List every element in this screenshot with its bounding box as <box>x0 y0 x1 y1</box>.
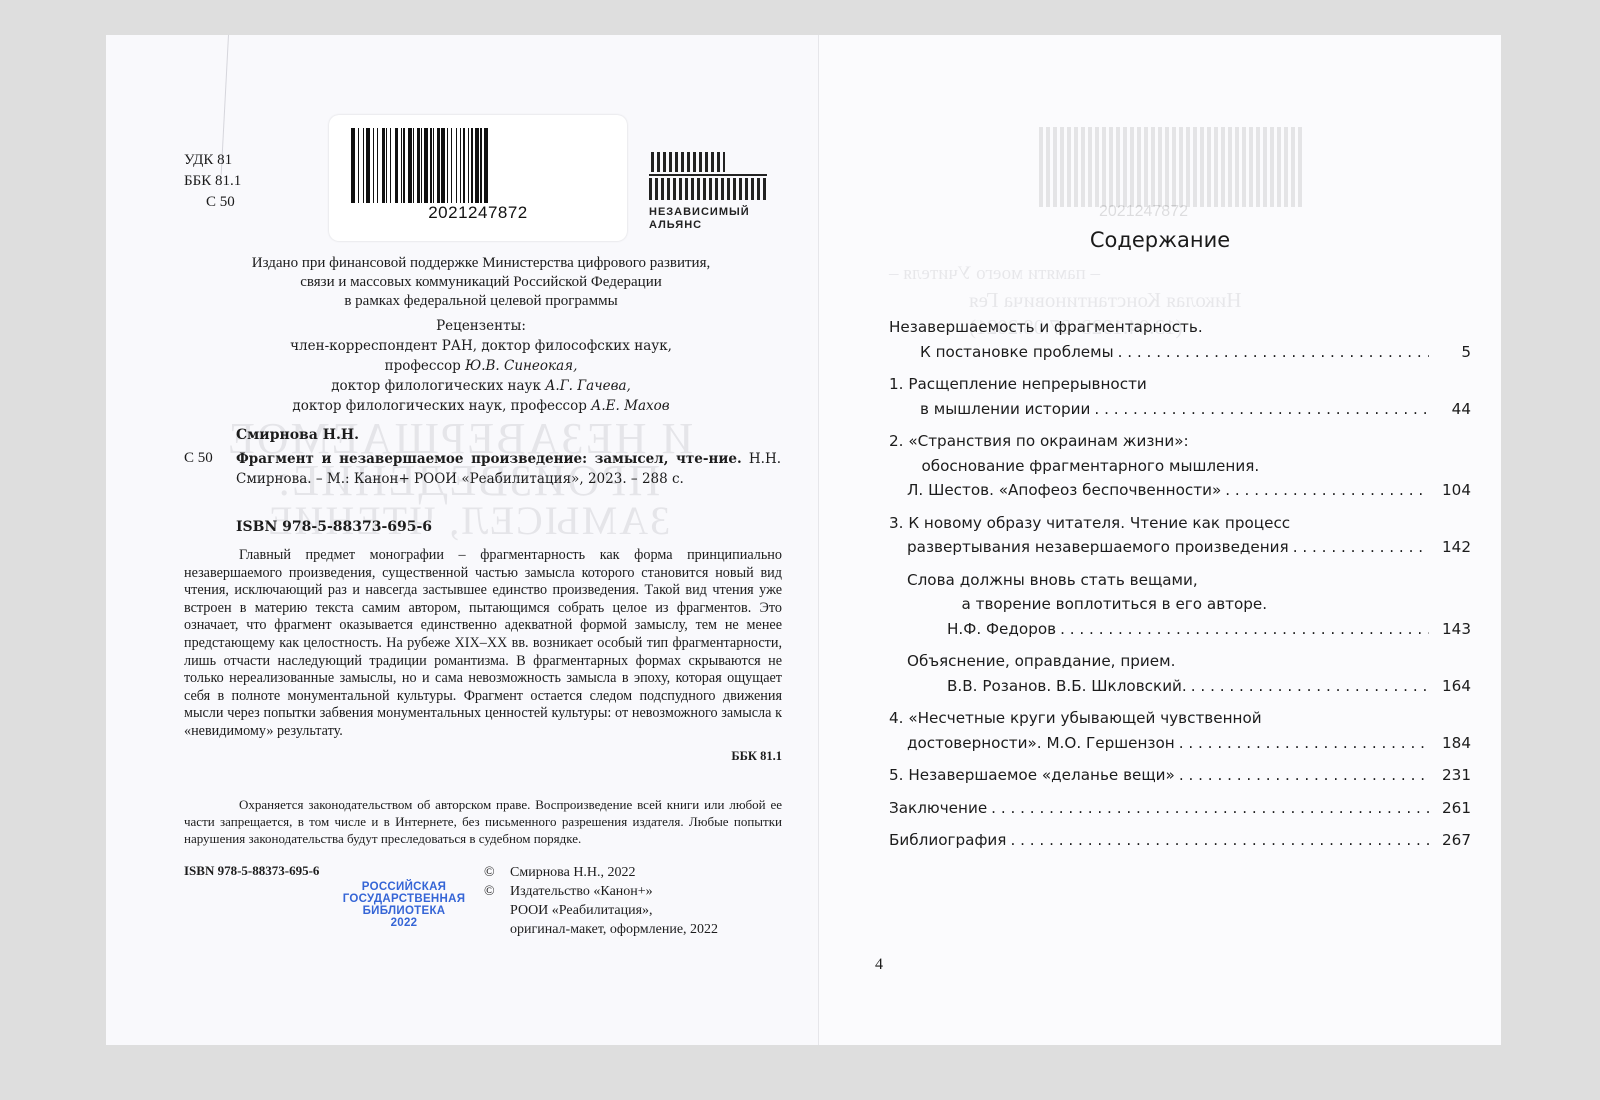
dot-leader <box>1010 828 1429 853</box>
copyright-row: РООИ «Реабилитация», <box>484 901 718 920</box>
toc-entry-line: 4. «Несчетные круги убывающей чувственно… <box>889 706 1471 731</box>
toc-entry-leader: 5. Незавершаемое «деланье вещи»231 <box>889 763 1471 788</box>
book-title: Фрагмент и незавершаемое произведение: з… <box>236 451 742 467</box>
stamp-line: 2022 <box>329 917 479 929</box>
dot-leader <box>1094 397 1429 422</box>
abstract: Главный предмет монографии – фрагментарн… <box>184 547 782 741</box>
contents-page: 2021247872 – памяти моего Учителя – Нико… <box>818 35 1501 1045</box>
toc-entry-title: 5. Незавершаемое «деланье вещи» <box>889 763 1175 788</box>
show-through-barcode <box>1039 127 1304 207</box>
toc-entry[interactable]: 5. Незавершаемое «деланье вещи»231 <box>889 763 1471 788</box>
books-icon <box>651 152 725 172</box>
table-of-contents: Незавершаемость и фрагментарность.К пост… <box>889 315 1471 861</box>
logo-name-line2: АЛЬЯНС <box>649 219 769 232</box>
dot-leader <box>1293 535 1429 560</box>
toc-entry-leader: Л. Шестов. «Апофеоз беспочвенности»104 <box>889 478 1471 503</box>
library-stamp: РОССИЙСКАЯ ГОСУДАРСТВЕННАЯ БИБЛИОТЕКА 20… <box>329 881 479 929</box>
reviewers-heading: Рецензенты: <box>216 316 746 336</box>
barcode-icon <box>351 128 597 203</box>
reviewer-line: доктор филологических наук А.Г. Гачева, <box>216 376 746 396</box>
toc-entry-title: Л. Шестов. «Апофеоз беспочвенности» <box>907 478 1221 503</box>
logo-rule <box>649 174 767 176</box>
toc-entry[interactable]: 3. К новому образу читателя. Чтение как … <box>889 511 1471 560</box>
stamp-line: РОССИЙСКАЯ <box>329 881 479 893</box>
show-through-text: – памяти моего Учителя – <box>889 263 1100 285</box>
dot-leader <box>1191 674 1429 699</box>
show-through-text: Николая Константиновича Гея <box>969 288 1241 313</box>
toc-entry-line: 3. К новому образу читателя. Чтение как … <box>889 511 1471 536</box>
toc-entry-line: Незавершаемость и фрагментарность. <box>889 315 1471 340</box>
barcode-number: 2021247872 <box>329 203 627 223</box>
isbn-footer: ISBN 978-5-88373-695-6 <box>184 863 319 879</box>
toc-page-number: 104 <box>1435 478 1471 503</box>
toc-page-number: 231 <box>1435 763 1471 788</box>
author-heading: Смирнова Н.Н. <box>236 427 359 443</box>
dot-leader <box>1179 763 1429 788</box>
book-spread: И НЕЗАВЕРШАЕМОЕ ПРОИЗВЕДЕНИЕ: ЗАМЫСЕЛ, Ч… <box>106 35 1500 1045</box>
support-line: в рамках федеральной целевой программы <box>166 292 796 311</box>
toc-entry-title: достоверности». М.О. Гершензон <box>907 731 1175 756</box>
bookshelf-icon <box>649 178 767 200</box>
copyright-row: ©Издательство «Канон+» <box>484 882 718 901</box>
rights-notice: Охраняется законодательством об авторско… <box>184 796 782 847</box>
toc-entry-line: Слова должны вновь стать вещами, <box>907 568 1471 593</box>
support-line: Издано при финансовой поддержке Министер… <box>166 254 796 273</box>
toc-entry[interactable]: Объяснение, оправдание, прием.В.В. Розан… <box>889 649 1471 698</box>
toc-entry-leader: В.В. Розанов. В.Б. Шкловский.164 <box>907 674 1471 699</box>
copyright-row: ©Смирнова Н.Н., 2022 <box>484 863 718 882</box>
toc-entry-leader: Библиография267 <box>889 828 1471 853</box>
dot-leader <box>1225 478 1429 503</box>
toc-page-number: 143 <box>1435 617 1471 642</box>
toc-entry-title: в мышлении истории <box>920 397 1090 422</box>
toc-entry[interactable]: Заключение261 <box>889 796 1471 821</box>
toc-entry-leader: Заключение261 <box>889 796 1471 821</box>
toc-page-number: 261 <box>1435 796 1471 821</box>
dot-leader <box>1179 731 1429 756</box>
author-mark: С 50 <box>184 192 241 213</box>
toc-entry-line: 2. «Странствия по окраинам жизни»: <box>889 429 1471 454</box>
toc-page-number: 142 <box>1435 535 1471 560</box>
page-number: 4 <box>875 956 883 974</box>
toc-entry-title: К постановке проблемы <box>920 340 1114 365</box>
stamp-line: ГОСУДАРСТВЕННАЯ <box>329 893 479 905</box>
toc-entry[interactable]: Библиография267 <box>889 828 1471 853</box>
toc-entry-line: а творение воплотиться в его авторе. <box>907 592 1471 617</box>
toc-entry-title: развертывания незавершаемого произведени… <box>907 535 1289 560</box>
toc-page-number: 267 <box>1435 828 1471 853</box>
toc-entry[interactable]: 2. «Странствия по окраинам жизни»: обосн… <box>889 429 1471 503</box>
bbk-footer: ББК 81.1 <box>706 749 782 764</box>
toc-entry-title: Библиография <box>889 828 1006 853</box>
copyright-icon: © <box>484 882 510 901</box>
copyright-icon: © <box>484 863 510 882</box>
classification-codes: УДК 81 ББК 81.1 С 50 <box>184 150 241 213</box>
reviewers-block: Рецензенты: член-корреспондент РАН, докт… <box>216 316 746 416</box>
reviewer-line: профессор Ю.В. Синеокая, <box>216 356 746 376</box>
copyright-row: оригинал-макет, оформление, 2022 <box>484 920 718 939</box>
toc-entry[interactable]: Слова должны вновь стать вещами, а творе… <box>889 568 1471 642</box>
copyright-page: И НЕЗАВЕРШАЕМОЕ ПРОИЗВЕДЕНИЕ: ЗАМЫСЕЛ, Ч… <box>106 35 818 1045</box>
toc-entry-title: В.В. Розанов. В.Б. Шкловский. <box>947 674 1187 699</box>
support-line: связи и массовых коммуникаций Российской… <box>166 273 796 292</box>
toc-page-number: 164 <box>1435 674 1471 699</box>
toc-page-number: 184 <box>1435 731 1471 756</box>
call-number: С 50 <box>184 450 213 467</box>
publisher-logo: НЕЗАВИСИМЫЙ АЛЬЯНС <box>649 152 769 232</box>
contents-title: Содержание <box>819 228 1501 252</box>
show-through-number: 2021247872 <box>1099 203 1188 221</box>
toc-entry-leader: достоверности». М.О. Гершензон184 <box>889 731 1471 756</box>
support-note: Издано при финансовой поддержке Министер… <box>166 254 796 311</box>
toc-entry-leader: в мышлении истории44 <box>889 397 1471 422</box>
toc-entry-leader: Н.Ф. Федоров143 <box>907 617 1471 642</box>
stamp-line: БИБЛИОТЕКА <box>329 905 479 917</box>
toc-entry-title: Н.Ф. Федоров <box>947 617 1056 642</box>
toc-entry-line: 1. Расщепление непрерывности <box>889 372 1471 397</box>
bbk-code: ББК 81.1 <box>184 171 241 192</box>
dot-leader <box>991 796 1429 821</box>
logo-name-line1: НЕЗАВИСИМЫЙ <box>649 206 769 219</box>
copyright-notices: ©Смирнова Н.Н., 2022 ©Издательство «Кано… <box>484 863 718 939</box>
reviewer-line: член-корреспондент РАН, доктор философск… <box>216 336 746 356</box>
udk-code: УДК 81 <box>184 150 241 171</box>
toc-page-number: 44 <box>1435 397 1471 422</box>
toc-page-number: 5 <box>1435 340 1471 365</box>
reviewer-line: доктор филологических наук, профессор А.… <box>216 396 746 416</box>
bibliographic-record: Фрагмент и незавершаемое произведение: з… <box>236 450 781 489</box>
dot-leader <box>1118 340 1429 365</box>
toc-entry[interactable]: Незавершаемость и фрагментарность.К пост… <box>889 315 1471 364</box>
isbn: ISBN 978-5-88373-695-6 <box>236 519 432 535</box>
toc-entry-line: обоснование фрагментарного мышления. <box>889 454 1471 479</box>
toc-entry[interactable]: 1. Расщепление непрерывностив мышлении и… <box>889 372 1471 421</box>
toc-entry-leader: развертывания незавершаемого произведени… <box>889 535 1471 560</box>
toc-entry-leader: К постановке проблемы5 <box>889 340 1471 365</box>
toc-entry-line: Объяснение, оправдание, прием. <box>907 649 1471 674</box>
toc-entry-title: Заключение <box>889 796 987 821</box>
toc-entry[interactable]: 4. «Несчетные круги убывающей чувственно… <box>889 706 1471 755</box>
dot-leader <box>1060 617 1429 642</box>
barcode-sticker: 2021247872 <box>329 115 627 241</box>
